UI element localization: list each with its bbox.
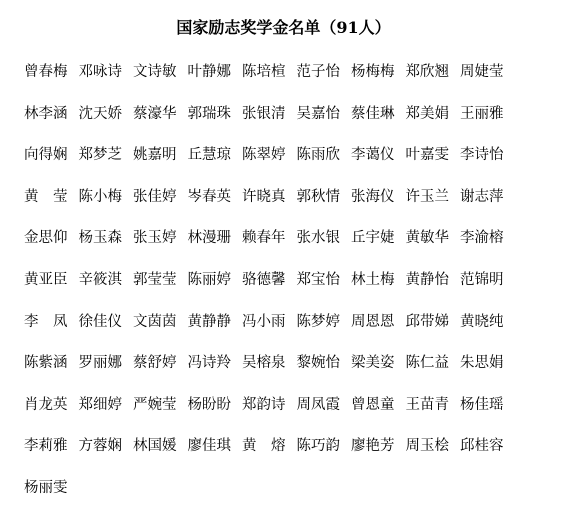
list-item: 杨盼盼 xyxy=(188,393,243,435)
list-item: 向得娴 xyxy=(24,143,79,185)
list-item: 林土梅 xyxy=(351,268,406,310)
list-item: 张玉婷 xyxy=(133,226,188,268)
list-item: 郑宝怡 xyxy=(297,268,352,310)
list-item: 邱带娣 xyxy=(406,310,461,352)
list-item: 郑梦芝 xyxy=(79,143,134,185)
list-item: 范锦明 xyxy=(460,268,515,310)
list-item: 陈培楦 xyxy=(242,60,297,102)
list-item: 周恩恩 xyxy=(351,310,406,352)
list-item: 廖佳琪 xyxy=(188,434,243,476)
list-item: 冯小雨 xyxy=(242,310,297,352)
list-item: 张海仪 xyxy=(351,185,406,227)
list-item: 蔡濠华 xyxy=(133,102,188,144)
list-item: 杨丽雯 xyxy=(24,476,79,518)
list-item: 罗丽娜 xyxy=(79,351,134,393)
list-item: 黄敏华 xyxy=(406,226,461,268)
list-item: 张佳婷 xyxy=(133,185,188,227)
list-item: 廖艳芳 xyxy=(351,434,406,476)
list-item: 陈丽婷 xyxy=(188,268,243,310)
list-item: 张水银 xyxy=(297,226,352,268)
list-item: 周婕莹 xyxy=(460,60,515,102)
list-item: 金思仰 xyxy=(24,226,79,268)
list-item: 黄 熔 xyxy=(242,434,297,476)
list-item: 邓咏诗 xyxy=(79,60,134,102)
list-item: 蔡佳琳 xyxy=(351,102,406,144)
list-item: 黄 莹 xyxy=(24,185,79,227)
name-list: 曾春梅 邓咏诗 文诗敏 叶静娜 陈培楦 范子怡 杨梅梅 郑欣翘 周婕莹 林李涵 … xyxy=(24,60,564,518)
list-item: 陈雨欣 xyxy=(297,143,352,185)
list-item: 梁美姿 xyxy=(351,351,406,393)
list-item: 蔡舒婷 xyxy=(133,351,188,393)
list-item: 赖春年 xyxy=(242,226,297,268)
list-item: 李莉雅 xyxy=(24,434,79,476)
list-item: 叶静娜 xyxy=(188,60,243,102)
list-item: 郑韵诗 xyxy=(242,393,297,435)
list-item: 李诗怡 xyxy=(460,143,515,185)
list-item: 郑细婷 xyxy=(79,393,134,435)
list-item: 陈巧韵 xyxy=(297,434,352,476)
list-item: 李渝榕 xyxy=(460,226,515,268)
list-item: 范子怡 xyxy=(297,60,352,102)
list-item: 黎婉怡 xyxy=(297,351,352,393)
list-item: 曾恩童 xyxy=(351,393,406,435)
list-item: 丘慧琼 xyxy=(188,143,243,185)
list-item: 陈小梅 xyxy=(79,185,134,227)
list-item: 杨玉森 xyxy=(79,226,134,268)
list-item: 郑欣翘 xyxy=(406,60,461,102)
list-item: 骆德馨 xyxy=(242,268,297,310)
list-item: 朱思娟 xyxy=(460,351,515,393)
list-item: 陈梦婷 xyxy=(297,310,352,352)
list-item: 丘宇婕 xyxy=(351,226,406,268)
list-item: 郭瑞珠 xyxy=(188,102,243,144)
list-item: 林李涵 xyxy=(24,102,79,144)
list-item: 杨佳瑶 xyxy=(460,393,515,435)
list-item: 杨梅梅 xyxy=(351,60,406,102)
list-item: 郑美娟 xyxy=(406,102,461,144)
list-item: 陈紫涵 xyxy=(24,351,79,393)
list-item: 吴榕泉 xyxy=(242,351,297,393)
list-item: 张银清 xyxy=(242,102,297,144)
list-item: 许晓真 xyxy=(242,185,297,227)
list-item: 许玉兰 xyxy=(406,185,461,227)
list-item: 黄静怡 xyxy=(406,268,461,310)
list-item: 严婉莹 xyxy=(133,393,188,435)
list-item: 周凤霞 xyxy=(297,393,352,435)
list-item: 叶嘉雯 xyxy=(406,143,461,185)
list-item: 曾春梅 xyxy=(24,60,79,102)
list-item: 郭秋情 xyxy=(297,185,352,227)
list-item: 郭莹莹 xyxy=(133,268,188,310)
list-item: 徐佳仪 xyxy=(79,310,134,352)
list-item: 姚嘉明 xyxy=(133,143,188,185)
list-item: 冯诗羚 xyxy=(188,351,243,393)
list-item: 黄亚臣 xyxy=(24,268,79,310)
list-item: 王丽雅 xyxy=(460,102,515,144)
list-item: 李蔼仪 xyxy=(351,143,406,185)
list-item: 吴嘉怡 xyxy=(297,102,352,144)
list-item: 林国媛 xyxy=(133,434,188,476)
list-item: 陈仁益 xyxy=(406,351,461,393)
list-item: 周玉桧 xyxy=(406,434,461,476)
list-item: 沈天娇 xyxy=(79,102,134,144)
list-item: 王苗青 xyxy=(406,393,461,435)
list-item: 谢志萍 xyxy=(460,185,515,227)
list-item: 黄晓纯 xyxy=(460,310,515,352)
list-item: 李 凤 xyxy=(24,310,79,352)
list-item: 辛筱淇 xyxy=(79,268,134,310)
list-item: 方蓉娴 xyxy=(79,434,134,476)
list-item: 文茵茵 xyxy=(133,310,188,352)
list-item: 陈翠婷 xyxy=(242,143,297,185)
list-item: 黄静静 xyxy=(188,310,243,352)
list-item: 邱桂容 xyxy=(460,434,515,476)
document-title: 国家励志奖学金名单（91人） xyxy=(0,16,567,40)
list-item: 文诗敏 xyxy=(133,60,188,102)
list-item: 林漫珊 xyxy=(188,226,243,268)
list-item: 肖龙英 xyxy=(24,393,79,435)
list-item: 岑春英 xyxy=(188,185,243,227)
